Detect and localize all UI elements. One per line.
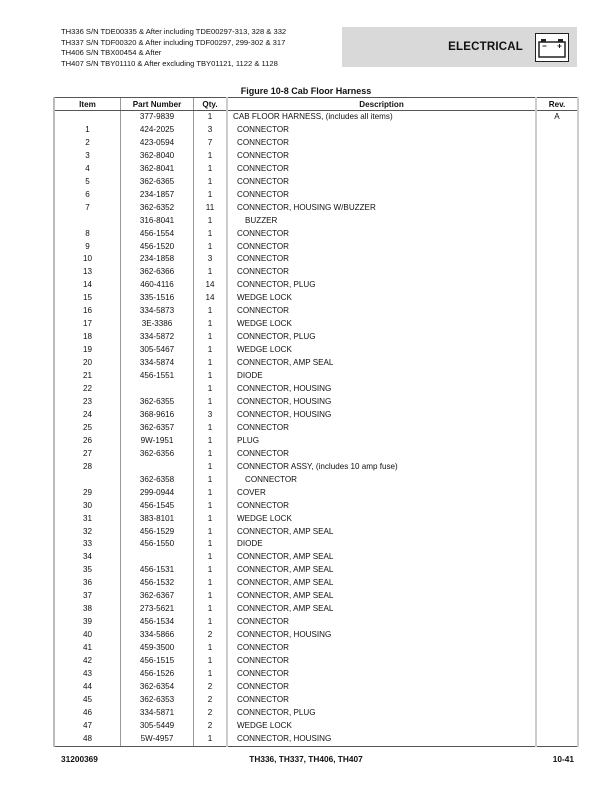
- rev-cell: [536, 202, 578, 215]
- table-row: 45362-63532CONNECTOR: [54, 694, 578, 707]
- part-number-cell: [121, 383, 194, 396]
- qty-cell: 1: [194, 616, 228, 629]
- column-header-description: Description: [227, 98, 536, 111]
- description-cell: CONNECTOR, HOUSING: [227, 629, 536, 642]
- rev-cell: [536, 590, 578, 603]
- item-cell: 29: [54, 487, 121, 500]
- qty-cell: 1: [194, 228, 228, 241]
- battery-icon: [535, 33, 569, 62]
- rev-cell: [536, 228, 578, 241]
- qty-cell: 1: [194, 241, 228, 254]
- item-cell: 3: [54, 150, 121, 163]
- rev-cell: [536, 681, 578, 694]
- parts-table: Item Part Number Qty. Description Rev. 3…: [53, 97, 579, 747]
- qty-cell: 1: [194, 435, 228, 448]
- qty-cell: 1: [194, 603, 228, 616]
- part-number-cell: 456-1532: [121, 577, 194, 590]
- part-number-cell: 316-8041: [121, 215, 194, 228]
- part-number-cell: 362-6354: [121, 681, 194, 694]
- table-row: 39456-15341CONNECTOR: [54, 616, 578, 629]
- item-cell: 6: [54, 189, 121, 202]
- qty-cell: 7: [194, 137, 228, 150]
- part-number-cell: 299-0944: [121, 487, 194, 500]
- rev-cell: [536, 189, 578, 202]
- part-number-cell: 456-1526: [121, 668, 194, 681]
- item-cell: 37: [54, 590, 121, 603]
- qty-cell: 1: [194, 642, 228, 655]
- qty-cell: 1: [194, 331, 228, 344]
- rev-cell: [536, 215, 578, 228]
- part-number-cell: 334-5874: [121, 357, 194, 370]
- column-header-part-number: Part Number: [121, 98, 194, 111]
- description-cell: CONNECTOR, PLUG: [227, 331, 536, 344]
- rev-cell: [536, 435, 578, 448]
- qty-cell: 1: [194, 487, 228, 500]
- item-cell: 24: [54, 409, 121, 422]
- rev-cell: [536, 629, 578, 642]
- part-number-cell: 456-1520: [121, 241, 194, 254]
- item-cell: 35: [54, 564, 121, 577]
- qty-cell: 1: [194, 305, 228, 318]
- qty-cell: 1: [194, 370, 228, 383]
- rev-cell: [536, 279, 578, 292]
- rev-cell: [536, 331, 578, 344]
- item-cell: 9: [54, 241, 121, 254]
- rev-cell: [536, 383, 578, 396]
- table-row: 46334-58712CONNECTOR, PLUG: [54, 707, 578, 720]
- table-row: 13362-63661CONNECTOR: [54, 266, 578, 279]
- qty-cell: 1: [194, 189, 228, 202]
- qty-cell: 1: [194, 500, 228, 513]
- item-cell: 21: [54, 370, 121, 383]
- item-cell: 46: [54, 707, 121, 720]
- part-number-cell: 362-8041: [121, 163, 194, 176]
- table-row: 4362-80411CONNECTOR: [54, 163, 578, 176]
- item-cell: 15: [54, 292, 121, 305]
- qty-cell: 3: [194, 253, 228, 266]
- rev-cell: [536, 176, 578, 189]
- table-row: 1424-20253CONNECTOR: [54, 124, 578, 137]
- part-number-cell: 383-8101: [121, 513, 194, 526]
- rev-cell: [536, 487, 578, 500]
- item-cell: 8: [54, 228, 121, 241]
- table-row: 40334-58662CONNECTOR, HOUSING: [54, 629, 578, 642]
- rev-cell: [536, 241, 578, 254]
- applicability-line: TH336 S/N TDE00335 & After including TDE…: [61, 27, 286, 38]
- qty-cell: 1: [194, 215, 228, 228]
- description-cell: WEDGE LOCK: [227, 513, 536, 526]
- part-number-cell: 362-6355: [121, 396, 194, 409]
- description-cell: CONNECTOR: [227, 266, 536, 279]
- description-cell: CONNECTOR: [227, 176, 536, 189]
- table-row: 362-63581CONNECTOR: [54, 474, 578, 487]
- column-header-rev: Rev.: [536, 98, 578, 111]
- item-cell: 38: [54, 603, 121, 616]
- item-cell: 7: [54, 202, 121, 215]
- table-row: 2423-05947CONNECTOR: [54, 137, 578, 150]
- part-number-cell: 334-5866: [121, 629, 194, 642]
- item-cell: 19: [54, 344, 121, 357]
- rev-cell: [536, 577, 578, 590]
- qty-cell: 14: [194, 279, 228, 292]
- part-number-cell: 362-6358: [121, 474, 194, 487]
- applicability-line: TH337 S/N TDF00320 & After including TDF…: [61, 38, 286, 49]
- rev-cell: [536, 733, 578, 746]
- part-number-cell: 362-8040: [121, 150, 194, 163]
- table-row: 14460-411614CONNECTOR, PLUG: [54, 279, 578, 292]
- rev-cell: [536, 409, 578, 422]
- item-cell: 4: [54, 163, 121, 176]
- part-number-cell: 9W-1951: [121, 435, 194, 448]
- item-cell: 32: [54, 526, 121, 539]
- description-cell: CONNECTOR: [227, 150, 536, 163]
- part-number-cell: 335-1516: [121, 292, 194, 305]
- table-row: 18334-58721CONNECTOR, PLUG: [54, 331, 578, 344]
- qty-cell: 1: [194, 733, 228, 746]
- item-cell: [54, 215, 121, 228]
- item-cell: 47: [54, 720, 121, 733]
- column-header-qty: Qty.: [194, 98, 228, 111]
- description-cell: CONNECTOR: [227, 241, 536, 254]
- part-number-cell: 423-0594: [121, 137, 194, 150]
- table-row: 29299-09441COVER: [54, 487, 578, 500]
- qty-cell: 2: [194, 681, 228, 694]
- item-cell: 43: [54, 668, 121, 681]
- description-cell: CONNECTOR, PLUG: [227, 279, 536, 292]
- part-number-cell: 273-5621: [121, 603, 194, 616]
- item-cell: 23: [54, 396, 121, 409]
- applicability-line: TH406 S/N TBX00454 & After: [61, 48, 286, 59]
- table-row: 19305-54671WEDGE LOCK: [54, 344, 578, 357]
- description-cell: CONNECTOR: [227, 668, 536, 681]
- part-number-cell: 424-2025: [121, 124, 194, 137]
- description-cell: CONNECTOR, AMP SEAL: [227, 551, 536, 564]
- table-row: 221CONNECTOR, HOUSING: [54, 383, 578, 396]
- description-cell: CONNECTOR, HOUSING: [227, 396, 536, 409]
- qty-cell: 1: [194, 590, 228, 603]
- table-row: 20334-58741CONNECTOR, AMP SEAL: [54, 357, 578, 370]
- rev-cell: [536, 305, 578, 318]
- table-row: 21456-15511DIODE: [54, 370, 578, 383]
- table-row: 23362-63551CONNECTOR, HOUSING: [54, 396, 578, 409]
- rev-cell: [536, 474, 578, 487]
- description-cell: CAB FLOOR HARNESS, (includes all items): [227, 111, 536, 124]
- table-row: 27362-63561CONNECTOR: [54, 448, 578, 461]
- qty-cell: 1: [194, 266, 228, 279]
- item-cell: 30: [54, 500, 121, 513]
- item-cell: 5: [54, 176, 121, 189]
- qty-cell: 2: [194, 707, 228, 720]
- table-row: 316-80411BUZZER: [54, 215, 578, 228]
- rev-cell: [536, 551, 578, 564]
- part-number-cell: 459-3500: [121, 642, 194, 655]
- item-cell: 40: [54, 629, 121, 642]
- description-cell: CONNECTOR: [227, 655, 536, 668]
- qty-cell: 1: [194, 396, 228, 409]
- description-cell: CONNECTOR: [227, 189, 536, 202]
- part-number-cell: 368-9616: [121, 409, 194, 422]
- table-row: 7362-635211CONNECTOR, HOUSING W/BUZZER: [54, 202, 578, 215]
- rev-cell: [536, 603, 578, 616]
- item-cell: 10: [54, 253, 121, 266]
- part-number-cell: 362-6366: [121, 266, 194, 279]
- table-row: 24368-96163CONNECTOR, HOUSING: [54, 409, 578, 422]
- part-number-cell: 456-1554: [121, 228, 194, 241]
- part-number-cell: 456-1515: [121, 655, 194, 668]
- part-number-cell: 334-5871: [121, 707, 194, 720]
- qty-cell: 1: [194, 526, 228, 539]
- part-number-cell: [121, 461, 194, 474]
- description-cell: CONNECTOR, HOUSING: [227, 409, 536, 422]
- description-cell: PLUG: [227, 435, 536, 448]
- item-cell: 36: [54, 577, 121, 590]
- description-cell: CONNECTOR, AMP SEAL: [227, 590, 536, 603]
- description-cell: CONNECTOR: [227, 163, 536, 176]
- qty-cell: 1: [194, 564, 228, 577]
- table-row: 8456-15541CONNECTOR: [54, 228, 578, 241]
- part-number-cell: 377-9839: [121, 111, 194, 124]
- description-cell: CONNECTOR, HOUSING: [227, 733, 536, 746]
- item-cell: 16: [54, 305, 121, 318]
- item-cell: 34: [54, 551, 121, 564]
- description-cell: DIODE: [227, 370, 536, 383]
- part-number-cell: 456-1531: [121, 564, 194, 577]
- table-row: 47305-54492WEDGE LOCK: [54, 720, 578, 733]
- item-cell: 25: [54, 422, 121, 435]
- table-row: 33456-15501DIODE: [54, 538, 578, 551]
- description-cell: CONNECTOR, AMP SEAL: [227, 603, 536, 616]
- rev-cell: [536, 124, 578, 137]
- part-number-cell: 334-5872: [121, 331, 194, 344]
- qty-cell: 1: [194, 163, 228, 176]
- qty-cell: 1: [194, 383, 228, 396]
- rev-cell: [536, 150, 578, 163]
- rev-cell: [536, 616, 578, 629]
- part-number-cell: 334-5873: [121, 305, 194, 318]
- item-cell: 48: [54, 733, 121, 746]
- table-row: 5362-63651CONNECTOR: [54, 176, 578, 189]
- table-row: 44362-63542CONNECTOR: [54, 681, 578, 694]
- part-number-cell: 456-1545: [121, 500, 194, 513]
- table-row: 377-98391CAB FLOOR HARNESS, (includes al…: [54, 111, 578, 124]
- part-number-cell: 456-1550: [121, 538, 194, 551]
- section-title: ELECTRICAL: [448, 41, 523, 53]
- table-row: 341CONNECTOR, AMP SEAL: [54, 551, 578, 564]
- qty-cell: 1: [194, 577, 228, 590]
- description-cell: CONNECTOR: [227, 137, 536, 150]
- qty-cell: 1: [194, 357, 228, 370]
- item-cell: 13: [54, 266, 121, 279]
- table-row: 485W-49571CONNECTOR, HOUSING: [54, 733, 578, 746]
- qty-cell: 14: [194, 292, 228, 305]
- table-row: 31383-81011WEDGE LOCK: [54, 513, 578, 526]
- rev-cell: [536, 357, 578, 370]
- description-cell: CONNECTOR: [227, 422, 536, 435]
- rev-cell: [536, 163, 578, 176]
- qty-cell: 1: [194, 474, 228, 487]
- table-row: 9456-15201CONNECTOR: [54, 241, 578, 254]
- qty-cell: 1: [194, 111, 228, 124]
- qty-cell: 1: [194, 344, 228, 357]
- table-row: 3362-80401CONNECTOR: [54, 150, 578, 163]
- description-cell: COVER: [227, 487, 536, 500]
- description-cell: CONNECTOR: [227, 448, 536, 461]
- item-cell: 1: [54, 124, 121, 137]
- table-row: 25362-63571CONNECTOR: [54, 422, 578, 435]
- part-number-cell: 456-1534: [121, 616, 194, 629]
- rev-cell: [536, 292, 578, 305]
- rev-cell: [536, 720, 578, 733]
- table-row: 37362-63671CONNECTOR, AMP SEAL: [54, 590, 578, 603]
- rev-cell: [536, 668, 578, 681]
- description-cell: CONNECTOR: [227, 642, 536, 655]
- rev-cell: [536, 655, 578, 668]
- description-cell: CONNECTOR, AMP SEAL: [227, 577, 536, 590]
- item-cell: 28: [54, 461, 121, 474]
- item-cell: 42: [54, 655, 121, 668]
- part-number-cell: 234-1857: [121, 189, 194, 202]
- rev-cell: [536, 526, 578, 539]
- part-number-cell: 362-6353: [121, 694, 194, 707]
- item-cell: [54, 474, 121, 487]
- table-row: 281CONNECTOR ASSY, (includes 10 amp fuse…: [54, 461, 578, 474]
- part-number-cell: 305-5467: [121, 344, 194, 357]
- applicability-block: TH336 S/N TDE00335 & After including TDE…: [61, 27, 286, 69]
- qty-cell: 1: [194, 668, 228, 681]
- qty-cell: 2: [194, 629, 228, 642]
- part-number-cell: 3E-3386: [121, 318, 194, 331]
- rev-cell: [536, 564, 578, 577]
- qty-cell: 1: [194, 655, 228, 668]
- item-cell: 2: [54, 137, 121, 150]
- part-number-cell: 305-5449: [121, 720, 194, 733]
- table-row: 42456-15151CONNECTOR: [54, 655, 578, 668]
- description-cell: CONNECTOR: [227, 253, 536, 266]
- table-row: 30456-15451CONNECTOR: [54, 500, 578, 513]
- part-number-cell: [121, 551, 194, 564]
- rev-cell: [536, 318, 578, 331]
- qty-cell: 1: [194, 513, 228, 526]
- item-cell: 45: [54, 694, 121, 707]
- rev-cell: [536, 253, 578, 266]
- rev-cell: [536, 137, 578, 150]
- part-number-cell: 362-6352: [121, 202, 194, 215]
- footer-page-number: 10-41: [553, 754, 574, 764]
- description-cell: WEDGE LOCK: [227, 720, 536, 733]
- description-cell: WEDGE LOCK: [227, 344, 536, 357]
- item-cell: 27: [54, 448, 121, 461]
- item-cell: [54, 111, 121, 124]
- item-cell: 14: [54, 279, 121, 292]
- part-number-cell: 362-6357: [121, 422, 194, 435]
- description-cell: WEDGE LOCK: [227, 318, 536, 331]
- item-cell: 44: [54, 681, 121, 694]
- description-cell: CONNECTOR: [227, 474, 536, 487]
- qty-cell: 3: [194, 124, 228, 137]
- rev-cell: [536, 642, 578, 655]
- rev-cell: [536, 448, 578, 461]
- qty-cell: 1: [194, 422, 228, 435]
- qty-cell: 2: [194, 720, 228, 733]
- rev-cell: [536, 461, 578, 474]
- table-body: 377-98391CAB FLOOR HARNESS, (includes al…: [54, 111, 578, 747]
- rev-cell: [536, 266, 578, 279]
- rev-cell: [536, 396, 578, 409]
- description-cell: CONNECTOR, HOUSING: [227, 383, 536, 396]
- description-cell: CONNECTOR: [227, 616, 536, 629]
- table-row: 41459-35001CONNECTOR: [54, 642, 578, 655]
- qty-cell: 1: [194, 150, 228, 163]
- footer-models: TH336, TH337, TH406, TH407: [0, 754, 612, 764]
- item-cell: 31: [54, 513, 121, 526]
- qty-cell: 1: [194, 461, 228, 474]
- part-number-cell: 456-1551: [121, 370, 194, 383]
- rev-cell: [536, 344, 578, 357]
- item-cell: 26: [54, 435, 121, 448]
- description-cell: CONNECTOR, AMP SEAL: [227, 357, 536, 370]
- part-number-cell: 5W-4957: [121, 733, 194, 746]
- rev-cell: [536, 422, 578, 435]
- item-cell: 22: [54, 383, 121, 396]
- qty-cell: 1: [194, 318, 228, 331]
- qty-cell: 1: [194, 551, 228, 564]
- rev-cell: [536, 500, 578, 513]
- item-cell: 20: [54, 357, 121, 370]
- rev-cell: [536, 513, 578, 526]
- description-cell: CONNECTOR, AMP SEAL: [227, 564, 536, 577]
- description-cell: CONNECTOR ASSY, (includes 10 amp fuse): [227, 461, 536, 474]
- description-cell: CONNECTOR: [227, 681, 536, 694]
- table-row: 36456-15321CONNECTOR, AMP SEAL: [54, 577, 578, 590]
- item-cell: 33: [54, 538, 121, 551]
- description-cell: BUZZER: [227, 215, 536, 228]
- description-cell: WEDGE LOCK: [227, 292, 536, 305]
- table-row: 38273-56211CONNECTOR, AMP SEAL: [54, 603, 578, 616]
- description-cell: CONNECTOR, HOUSING W/BUZZER: [227, 202, 536, 215]
- rev-cell: [536, 707, 578, 720]
- rev-cell: [536, 538, 578, 551]
- description-cell: CONNECTOR, PLUG: [227, 707, 536, 720]
- table-header-row: Item Part Number Qty. Description Rev.: [54, 98, 578, 111]
- part-number-cell: 362-6365: [121, 176, 194, 189]
- part-number-cell: 362-6367: [121, 590, 194, 603]
- qty-cell: 1: [194, 448, 228, 461]
- qty-cell: 3: [194, 409, 228, 422]
- description-cell: CONNECTOR: [227, 228, 536, 241]
- qty-cell: 1: [194, 538, 228, 551]
- qty-cell: 1: [194, 176, 228, 189]
- description-cell: CONNECTOR: [227, 500, 536, 513]
- table-row: 15335-151614WEDGE LOCK: [54, 292, 578, 305]
- description-cell: CONNECTOR: [227, 124, 536, 137]
- description-cell: CONNECTOR: [227, 305, 536, 318]
- description-cell: DIODE: [227, 538, 536, 551]
- part-number-cell: 362-6356: [121, 448, 194, 461]
- table-row: 173E-33861WEDGE LOCK: [54, 318, 578, 331]
- description-cell: CONNECTOR, AMP SEAL: [227, 526, 536, 539]
- figure-title: Figure 10-8 Cab Floor Harness: [0, 86, 612, 96]
- table-row: 269W-19511PLUG: [54, 435, 578, 448]
- column-header-item: Item: [54, 98, 121, 111]
- rev-cell: [536, 694, 578, 707]
- applicability-line: TH407 S/N TBY01110 & After excluding TBY…: [61, 59, 286, 70]
- item-cell: 41: [54, 642, 121, 655]
- part-number-cell: 456-1529: [121, 526, 194, 539]
- rev-cell: [536, 370, 578, 383]
- table-row: 6234-18571CONNECTOR: [54, 189, 578, 202]
- item-cell: 17: [54, 318, 121, 331]
- table-row: 16334-58731CONNECTOR: [54, 305, 578, 318]
